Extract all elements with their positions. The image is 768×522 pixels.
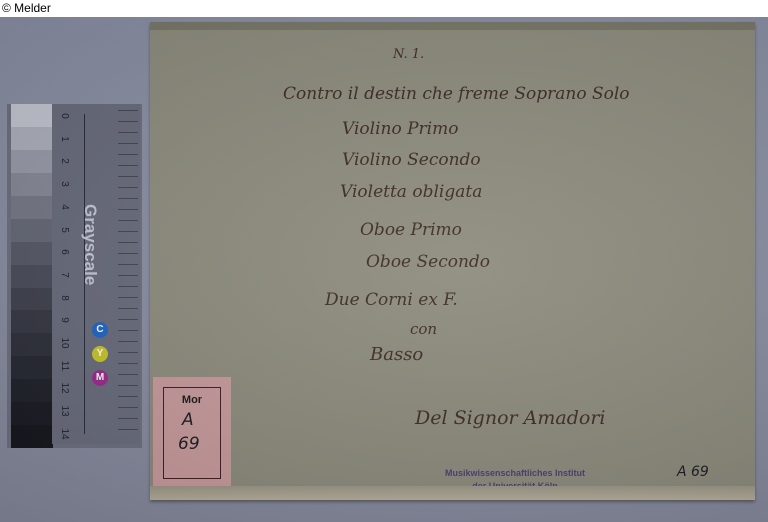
instrument-line: Violetta obligata [340, 182, 482, 202]
gray-swatch [11, 402, 53, 425]
gray-swatch [11, 288, 53, 311]
scale-number: 0 [58, 110, 70, 122]
instrument-line: Oboe Secondo [366, 252, 490, 272]
scale-number: 7 [58, 269, 70, 281]
gray-swatch [11, 150, 53, 173]
gray-swatch [11, 310, 53, 333]
sticker-frame: Mor A 69 [163, 387, 221, 479]
sticker-line: A [182, 410, 194, 430]
gray-swatch [11, 127, 53, 150]
sticker-line: 69 [178, 434, 200, 454]
instrument-line: Due Corni ex F. [325, 290, 458, 310]
yellow-dot: Y [92, 346, 108, 362]
scale-number: 6 [58, 246, 70, 258]
grayscale-swatches [11, 104, 53, 448]
gray-swatch [11, 379, 53, 402]
scale-number: 10 [58, 337, 70, 349]
scale-number: 9 [58, 314, 70, 326]
title-line: Contro il destin che freme Soprano Solo [283, 84, 630, 104]
gray-swatch [11, 356, 53, 379]
scale-number: 8 [58, 292, 70, 304]
scale-number: 14 [58, 428, 70, 440]
gray-swatch [11, 425, 53, 448]
magenta-dot: M [92, 370, 108, 386]
scale-number: 5 [58, 224, 70, 236]
cyan-dot: C [92, 322, 108, 338]
scale-number: 2 [58, 155, 70, 167]
ruler-ticks [118, 110, 138, 440]
instrument-line: con [410, 320, 437, 338]
grayscale-color-chart: 01234567891011121314 Grayscale C Y M [7, 104, 142, 448]
chart-title: Grayscale [80, 204, 100, 304]
gray-swatch [11, 265, 53, 288]
page-number: N. 1. [393, 47, 424, 62]
ruler: 01234567891011121314 Grayscale C Y M [52, 104, 140, 444]
sticker-header: Mor [164, 394, 220, 406]
shelfmark: A 69 [677, 464, 709, 480]
gray-swatch [11, 333, 53, 356]
scale-number: 13 [58, 405, 70, 417]
manuscript-cover: N. 1. Contro il destin che freme Soprano… [150, 22, 755, 500]
stamp-line: Musikwissenschaftliches Institut [440, 467, 590, 480]
scale-number: 1 [58, 133, 70, 145]
scale-number: 3 [58, 178, 70, 190]
photo: 01234567891011121314 Grayscale C Y M N. … [0, 17, 768, 522]
library-sticker: Mor A 69 [153, 377, 231, 492]
scale-number: 4 [58, 201, 70, 213]
institute-stamp: Musikwissenschaftliches Institut der Uni… [440, 467, 590, 493]
scale-number: 12 [58, 382, 70, 394]
instrument-line: Violino Primo [342, 119, 458, 139]
ruler-scale: 01234567891011121314 [58, 110, 70, 440]
instrument-line: Oboe Primo [360, 220, 462, 240]
stamp-line: der Universität Köln [440, 480, 590, 493]
gray-swatch [11, 104, 53, 127]
scale-number: 11 [58, 360, 70, 372]
gray-swatch [11, 196, 53, 219]
gray-swatch [11, 242, 53, 265]
gray-swatch [11, 173, 53, 196]
copyright-caption: © Melder [2, 0, 51, 17]
composer-line: Del Signor Amadori [415, 407, 605, 429]
gray-swatch [11, 219, 53, 242]
instrument-line: Basso [370, 344, 423, 365]
instrument-line: Violino Secondo [342, 150, 481, 170]
